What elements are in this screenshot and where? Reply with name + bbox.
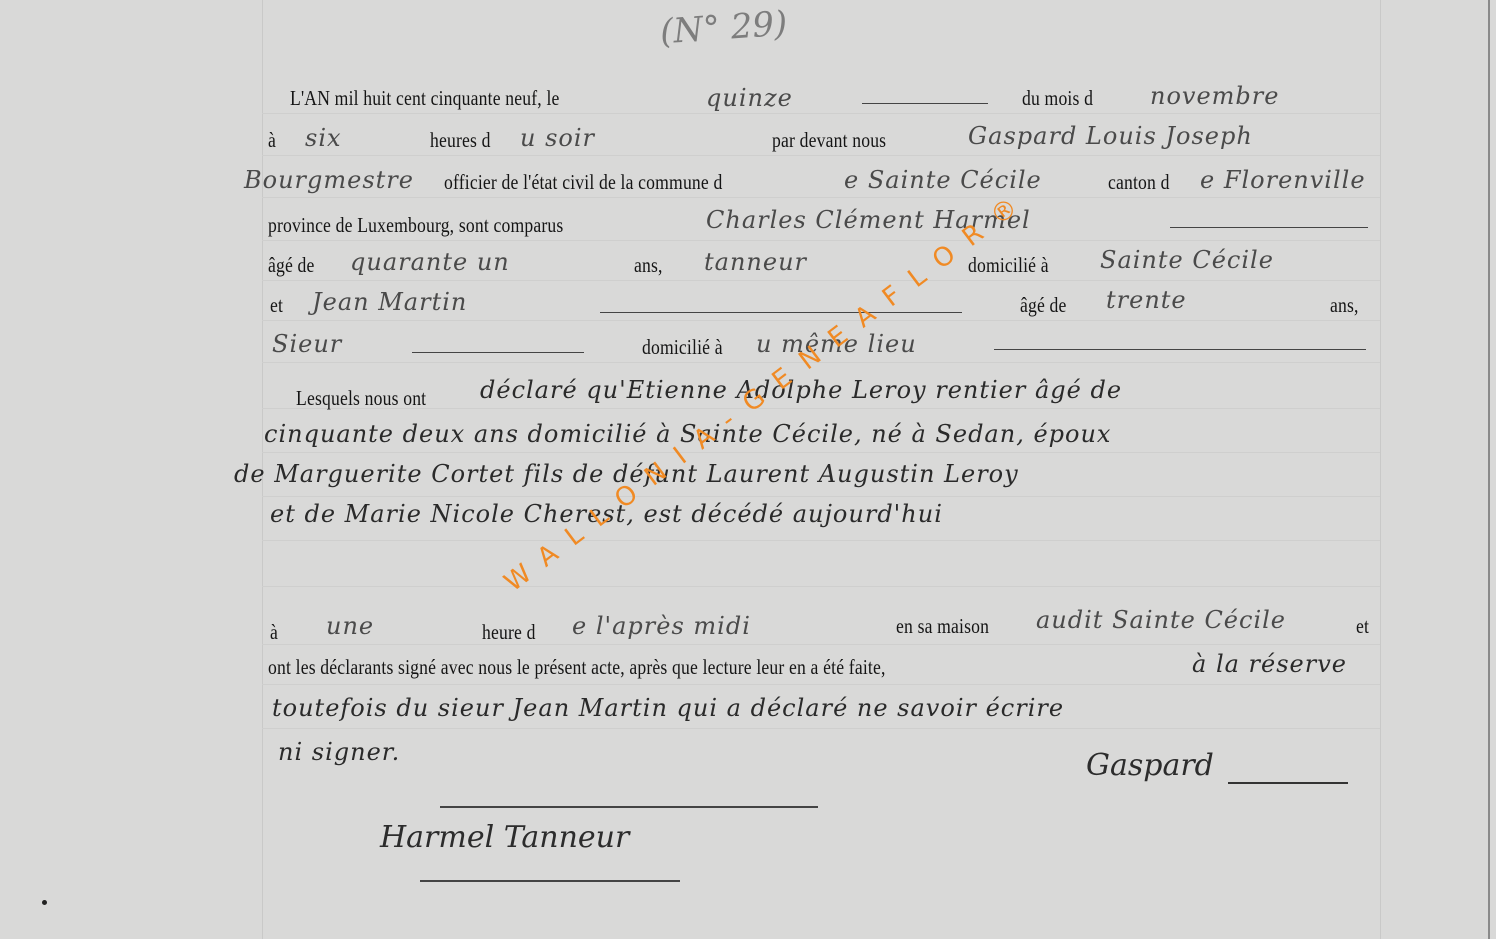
fill-line xyxy=(1170,227,1368,228)
printed-text: à xyxy=(268,128,276,153)
declarant-signature: Harmel Tanneur xyxy=(380,820,629,855)
printed-text: Lesquels nous ont xyxy=(296,386,426,411)
ruled-line xyxy=(262,684,1380,685)
watermark: WALLONIA-GENEAFLOR® xyxy=(505,240,1145,580)
acte-number: (N° 29) xyxy=(659,4,789,53)
handwritten-profession-2: Sieur xyxy=(272,330,342,358)
handwritten-declarant-2: Jean Martin xyxy=(312,288,467,316)
handwritten-body-line: toutefois du sieur Jean Martin qui a déc… xyxy=(272,694,1064,722)
printed-text: heures d xyxy=(430,128,491,153)
handwritten-title: Bourgmestre xyxy=(244,166,414,194)
printed-text: et xyxy=(270,293,283,318)
printed-text: ans, xyxy=(1330,293,1359,318)
printed-text: heure d xyxy=(482,620,536,645)
printed-text: L'AN mil huit cent cinquante neuf, le xyxy=(290,86,560,111)
ruled-line xyxy=(262,155,1380,156)
handwritten-death-hour: une xyxy=(326,612,374,640)
page-border-line xyxy=(1488,0,1490,939)
ruled-line xyxy=(262,197,1380,198)
printed-text: à xyxy=(270,620,278,645)
signature-flourish-line xyxy=(420,880,680,882)
watermark-text: WALLONIA-GENEAFLOR® xyxy=(499,182,1037,598)
ruled-line xyxy=(262,728,1380,729)
printed-text: âgé de xyxy=(268,253,315,278)
printed-text: et xyxy=(1356,614,1369,639)
handwritten-hour: six xyxy=(305,124,342,152)
signature-flourish-line xyxy=(440,806,818,808)
handwritten-canton: e Florenville xyxy=(1200,166,1366,194)
handwritten-death-place: audit Sainte Cécile xyxy=(1036,606,1286,634)
ruled-line xyxy=(262,586,1380,587)
printed-text: province de Luxembourg, sont comparus xyxy=(268,213,563,238)
right-margin-line xyxy=(1380,0,1381,939)
ink-dot xyxy=(42,900,47,905)
signature-underline xyxy=(1228,782,1348,784)
fill-line xyxy=(862,103,988,104)
handwritten-month: novembre xyxy=(1150,82,1279,110)
printed-text: ont les déclarants signé avec nous le pr… xyxy=(268,655,886,680)
ruled-line xyxy=(262,644,1380,645)
printed-text: en sa maison xyxy=(896,614,989,639)
handwritten-reservation: à la réserve xyxy=(1192,650,1347,678)
printed-text: du mois d xyxy=(1022,86,1093,111)
printed-text: officier de l'état civil de la commune d xyxy=(444,170,722,195)
document-page: (N° 29) L'AN mil huit cent cinquante neu… xyxy=(0,0,1496,939)
handwritten-age-1: quarante un xyxy=(350,248,510,276)
handwritten-officer-name: Gaspard Louis Joseph xyxy=(968,122,1253,150)
handwritten-period: u soir xyxy=(520,124,595,152)
officer-signature: Gaspard xyxy=(1086,748,1214,783)
handwritten-body-line: ni signer. xyxy=(278,738,400,766)
printed-text: par devant nous xyxy=(772,128,886,153)
handwritten-death-period: e l'après midi xyxy=(572,612,751,640)
ruled-line xyxy=(262,113,1380,114)
handwritten-day: quinze xyxy=(706,84,793,112)
printed-text: canton d xyxy=(1108,170,1170,195)
